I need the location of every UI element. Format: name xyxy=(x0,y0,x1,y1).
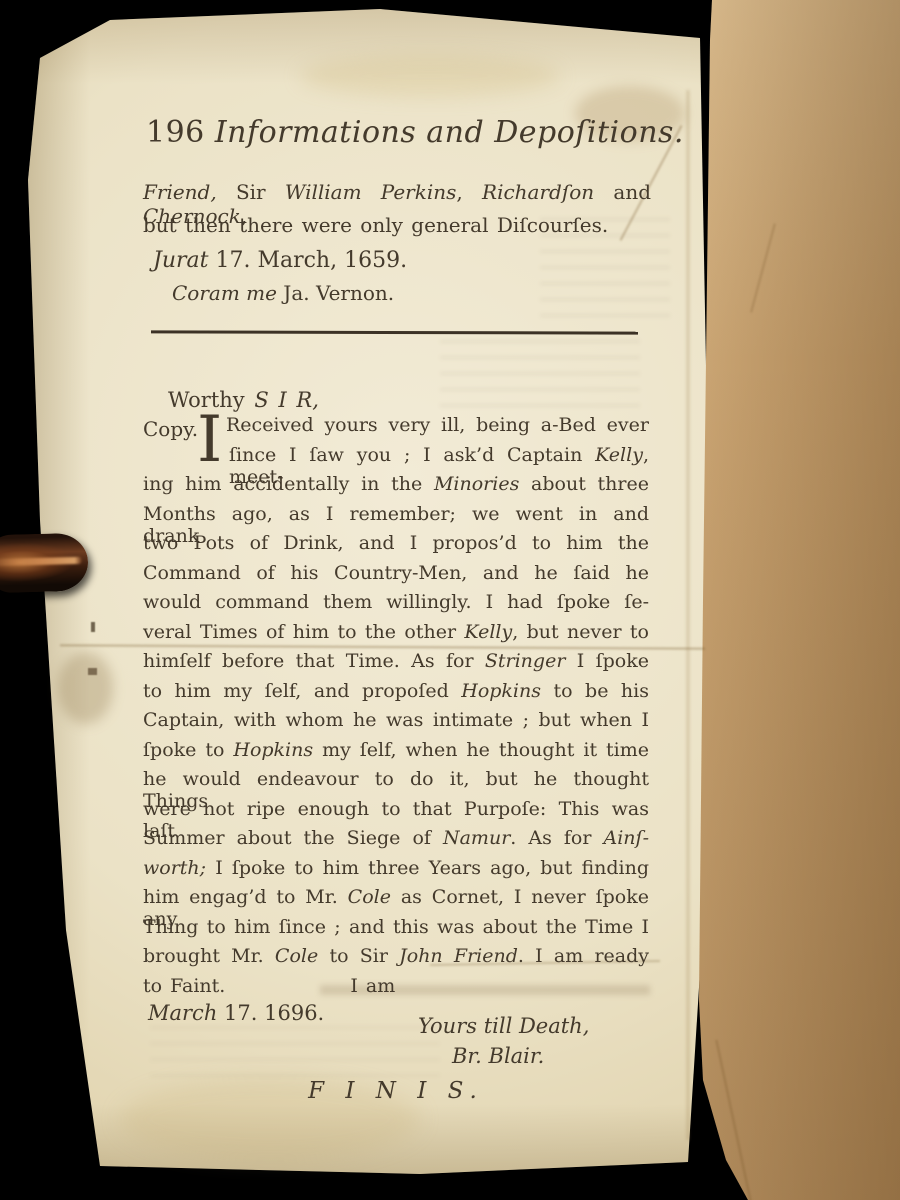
text-segment: 17. March, 1659. xyxy=(208,248,407,273)
text-line: brought Mr. Cole to Sir John Friend. I a… xyxy=(143,945,649,975)
text-segment: Command of his Country-Men, and he ſaid … xyxy=(143,562,649,584)
letter-closing: Yours till Death, xyxy=(418,1014,589,1038)
text-line: Friend, Sir William Perkins, Richardſon … xyxy=(143,180,651,213)
book-pointer xyxy=(0,533,89,594)
text-segment: Summer about the Siege of xyxy=(143,827,443,849)
text-line: worth; I ſpoke to him three Years ago, b… xyxy=(143,857,649,887)
text-line: Thing to him ſince ; and this was about … xyxy=(143,916,649,946)
book-photo: 196 Informations and Depoſitions. Friend… xyxy=(0,0,900,1200)
text-segment: but then there were only general Diſcour… xyxy=(143,213,608,237)
italic-text-segment: John Friend xyxy=(399,945,518,967)
text-segment: would command them willingly. I had ſpok… xyxy=(143,591,649,613)
text-line: to Faint.I am xyxy=(143,975,649,1005)
text-segment: ſince I ſaw you ; I ask’d Captain xyxy=(229,444,595,466)
coram-line: Coram me Ja. Vernon. xyxy=(172,281,394,305)
text-segment: him engag’d to Mr. xyxy=(143,886,348,908)
jurat-line: Jurat 17. March, 1659. xyxy=(153,248,407,273)
text-line: veral Times of him to the other Kelly, b… xyxy=(143,621,649,651)
italic-text-segment: Ainſ- xyxy=(604,827,650,849)
italic-text-segment: Hopkins xyxy=(233,739,313,761)
text-segment: brought Mr. xyxy=(143,945,275,967)
text-line: two Pots of Drink, and I propos’d to him… xyxy=(143,532,649,562)
text-line: Received yours very ill, being a-Bed eve… xyxy=(143,414,649,444)
italic-text-segment: Br. Blair. xyxy=(452,1044,544,1068)
text-line: to him my ſelf, and propoſed Hopkins to … xyxy=(143,680,649,710)
text-line: Captain, with whom he was intimate ; but… xyxy=(143,709,649,739)
italic-text-segment: Namur xyxy=(443,827,510,849)
text-segment: ſpoke to xyxy=(143,739,233,761)
text-segment: Received yours very ill, being a-Bed eve… xyxy=(226,414,649,436)
text-segment: . As for xyxy=(510,827,603,849)
italic-text-segment: Kelly xyxy=(595,444,643,466)
text-line: but then there were only general Diſcour… xyxy=(143,213,651,246)
italic-text-segment: William Perkins xyxy=(285,180,457,204)
text-segment: Thing to him ſince ; and this was about … xyxy=(143,916,649,938)
letter-date: March 17. 1696. xyxy=(148,1001,324,1025)
text-line: ing him accidentally in the Minories abo… xyxy=(143,473,649,503)
text-line: ſpoke to Hopkins my ſelf, when he though… xyxy=(143,739,649,769)
italic-text-segment: Richardſon xyxy=(482,180,594,204)
pointer-highlight xyxy=(0,557,82,566)
letter-salutation: Worthy S I R, xyxy=(168,388,319,412)
italic-text-segment: Yours till Death, xyxy=(418,1014,589,1038)
text-line: Command of his Country-Men, and he ſaid … xyxy=(143,562,649,592)
italic-text-segment: worth; xyxy=(143,857,206,879)
italic-text-segment: Friend, xyxy=(143,180,217,204)
italic-text-segment: Coram me xyxy=(172,281,277,305)
text-line: ſince I ſaw you ; I ask’d Captain Kelly,… xyxy=(143,444,649,474)
italic-text-segment: Stringer xyxy=(485,650,566,672)
text-segment: . I am ready xyxy=(518,945,649,967)
text-line: Months ago, as I remember; we went in an… xyxy=(143,503,649,533)
text-segment: to Faint. xyxy=(143,975,225,997)
text-segment: , xyxy=(456,180,482,204)
text-segment: 17. 1696. xyxy=(217,1001,324,1025)
text-segment: 196 xyxy=(146,115,215,150)
text-line: were not ripe enough to that Purpoſe: Th… xyxy=(143,798,649,828)
text-segment: I ſpoke xyxy=(565,650,649,672)
letter-body: Received yours very ill, being a-Bed eve… xyxy=(143,414,649,1004)
italic-text-segment: Kelly xyxy=(464,621,512,643)
letter-signature: Br. Blair. xyxy=(452,1044,544,1068)
deposition-paragraph: Friend, Sir William Perkins, Richardſon … xyxy=(143,180,651,246)
text-line: he would endeavour to do it, but he thou… xyxy=(143,768,649,798)
italic-text-segment: Minories xyxy=(434,473,519,495)
finis-colophon: F I N I S. xyxy=(143,1078,649,1104)
text-segment: and xyxy=(594,180,651,204)
text-segment: ing him accidentally in the xyxy=(143,473,434,495)
text-line: Summer about the Siege of Namur. As for … xyxy=(143,827,649,857)
italic-text-segment: Cole xyxy=(348,886,391,908)
italic-text-segment: March xyxy=(148,1001,217,1025)
italic-text-segment: Jurat xyxy=(153,248,208,273)
text-segment: to Sir xyxy=(318,945,399,967)
italic-text-segment: Cole xyxy=(275,945,318,967)
text-segment: two Pots of Drink, and I propos’d to him… xyxy=(143,532,649,554)
running-header: 196 Informations and Depoſitions. xyxy=(146,115,684,150)
italic-text-segment: Informations and Depoſitions. xyxy=(215,115,684,150)
text-segment: about three xyxy=(519,473,649,495)
text-segment: to be his xyxy=(541,680,649,702)
text-segment: veral Times of him to the other xyxy=(143,621,464,643)
text-segment: my ſelf, when he thought it time xyxy=(313,739,649,761)
text-line: him engag’d to Mr. Cole as Cornet, I nev… xyxy=(143,886,649,916)
text-line: himſelf before that Time. As for Stringe… xyxy=(143,650,649,680)
text-segment: to him my ſelf, and propoſed xyxy=(143,680,461,702)
text-segment: I ſpoke to him three Years ago, but find… xyxy=(206,857,649,879)
text-segment: , but never to xyxy=(512,621,649,643)
italic-text-segment: S I R, xyxy=(254,388,319,412)
text-segment: himſelf before that Time. As for xyxy=(143,650,485,672)
text-line: would command them willingly. I had ſpok… xyxy=(143,591,649,621)
text-segment: Ja. Vernon. xyxy=(277,281,394,305)
italic-text-segment: Hopkins xyxy=(461,680,541,702)
text-segment: Captain, with whom he was intimate ; but… xyxy=(143,709,649,731)
text-segment: I am xyxy=(350,975,395,997)
text-segment: Sir xyxy=(217,180,285,204)
